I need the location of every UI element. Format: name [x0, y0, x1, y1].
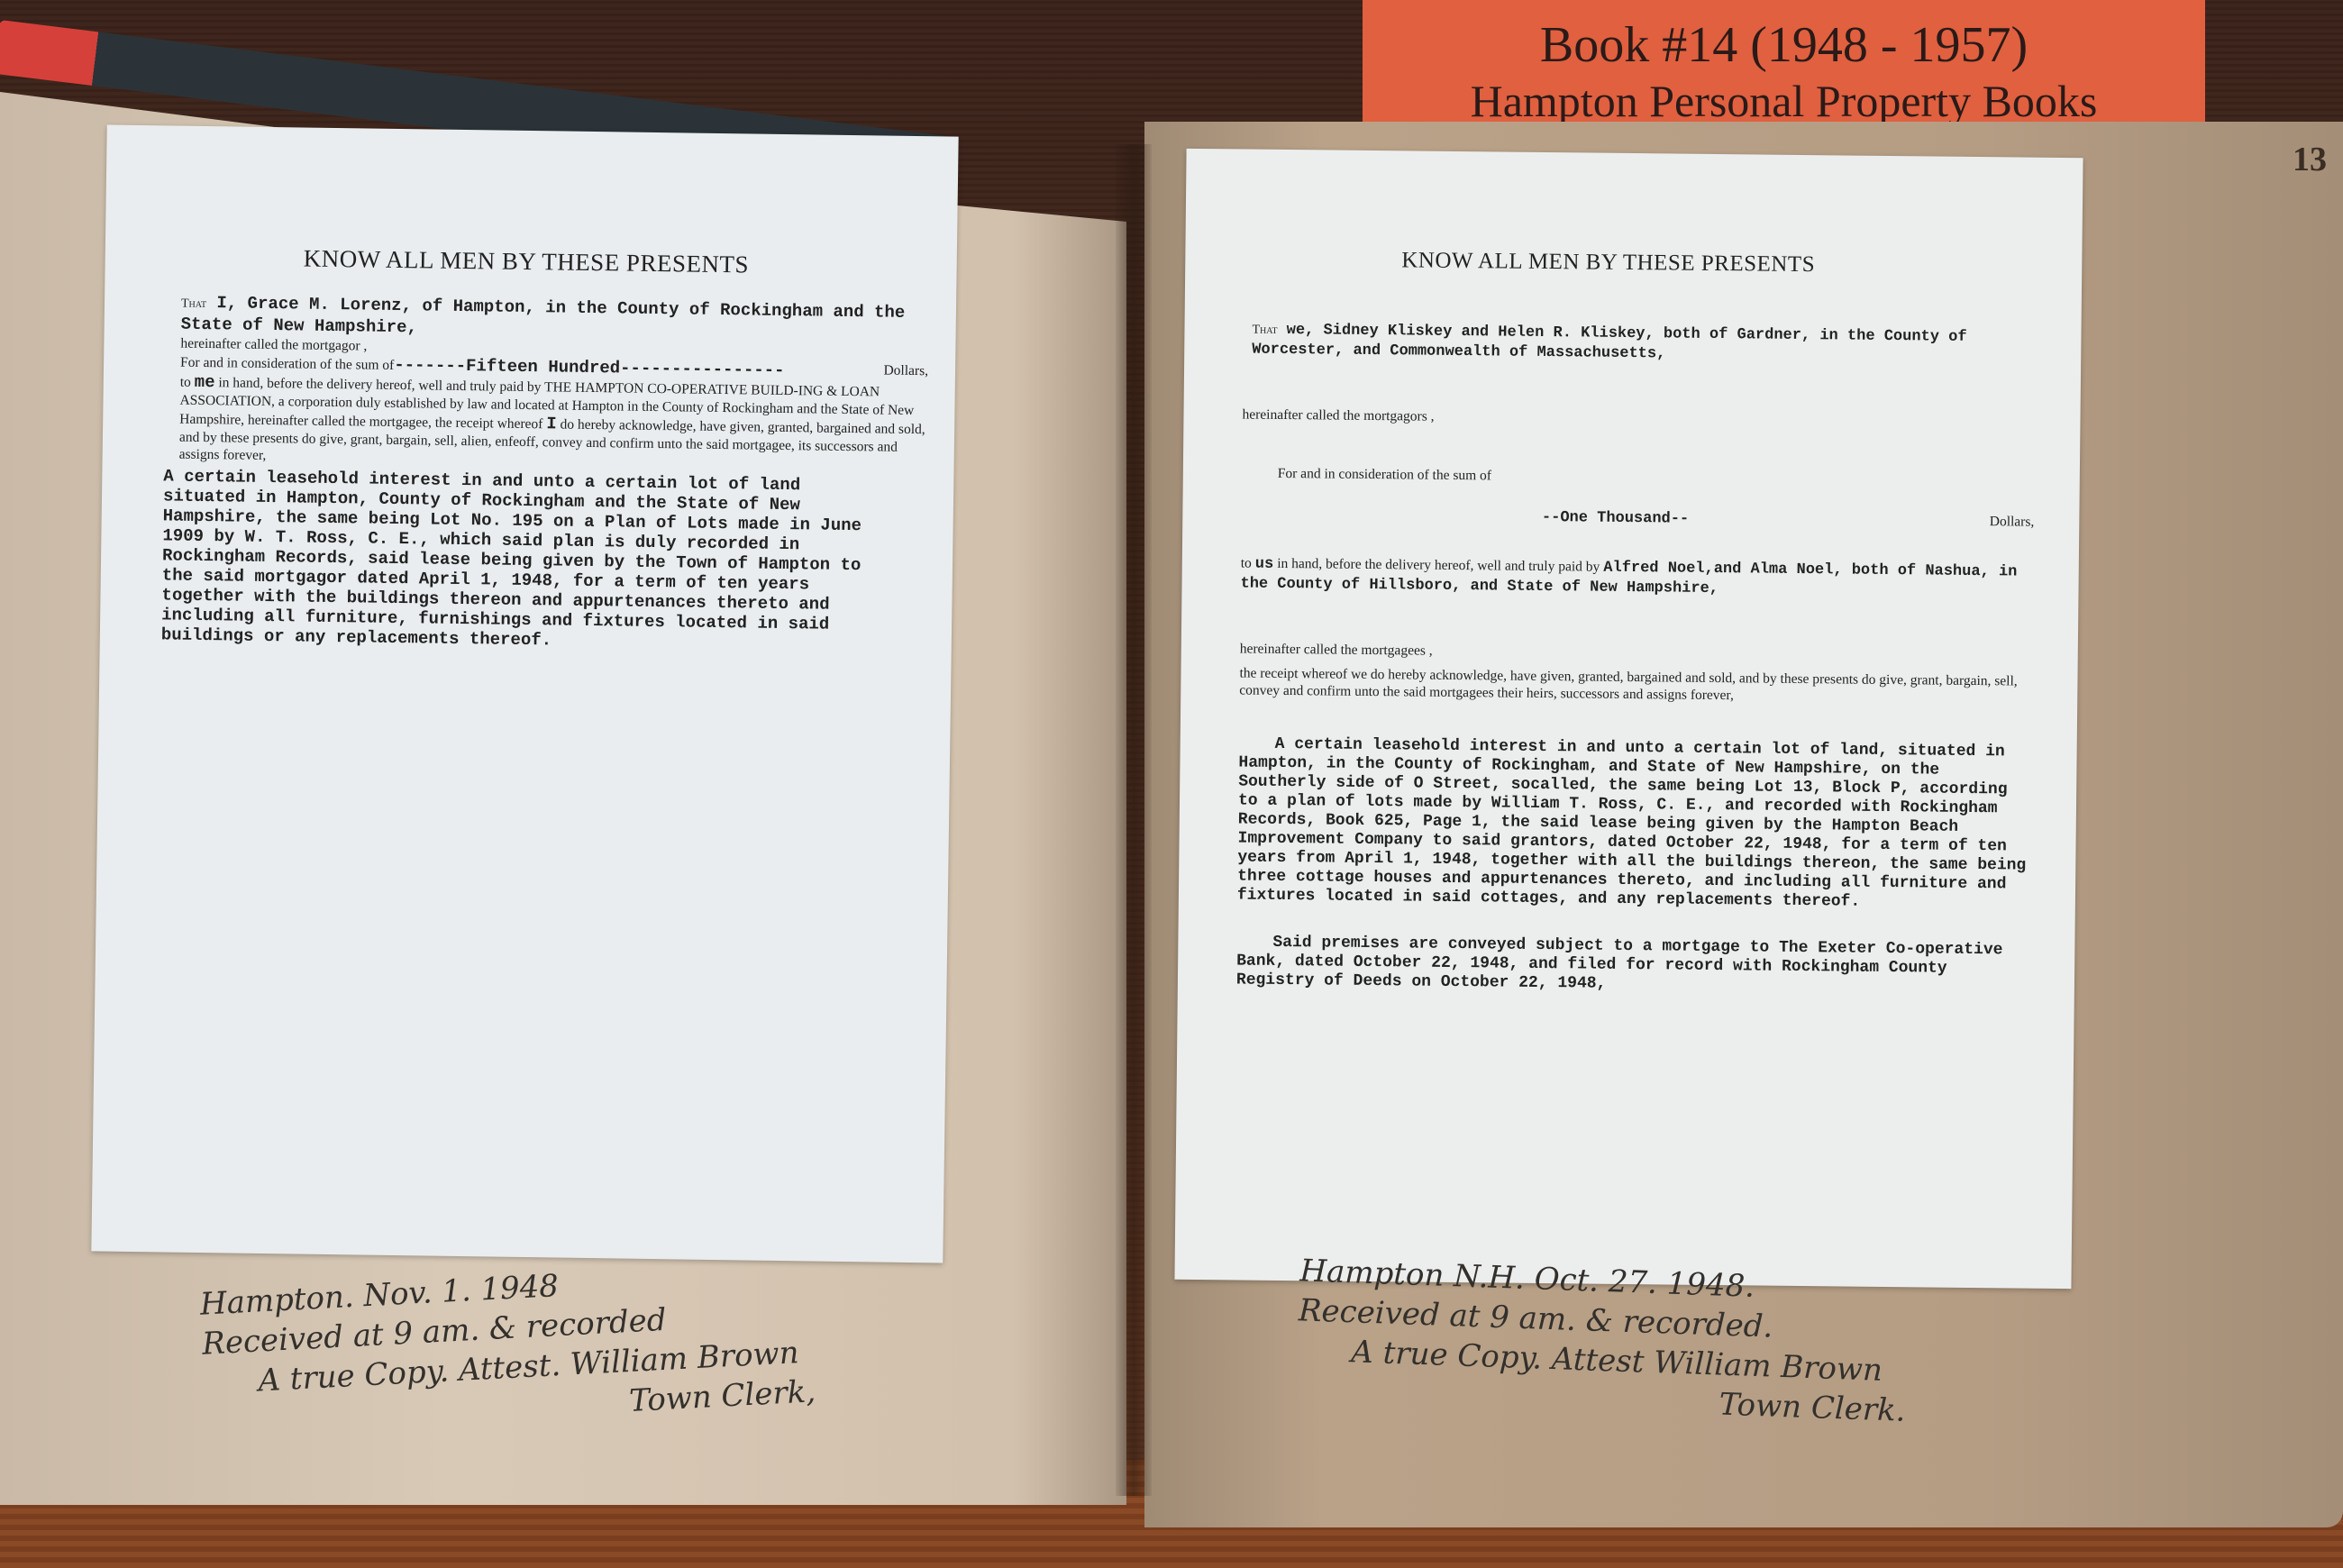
property-description: A certain leasehold interest in and unto… — [161, 466, 885, 654]
property-description: A certain leasehold interest in and unto… — [1237, 734, 2032, 913]
receipt-clause: the receipt whereof we do hereby acknowl… — [1239, 664, 2032, 707]
to-label: to — [180, 375, 191, 390]
book-gutter — [1116, 144, 1152, 1496]
book-label-title: Book #14 (1948 - 1957) — [1363, 16, 2205, 74]
to-whom: us — [1255, 556, 1274, 573]
grantor-clause: That we, Sidney Kliskey and Helen R. Kli… — [1252, 321, 2045, 369]
page-number: 13 — [2293, 140, 2327, 179]
left-handwritten-attestation: Hampton. Nov. 1. 1948 Received at 9 am. … — [199, 1253, 816, 1443]
right-handwritten-attestation: Hampton N.H. Oct. 27. 1948. Received at … — [1295, 1251, 1910, 1431]
dollars-label: Dollars, — [883, 362, 928, 383]
grantor-text: we, Sidney Kliskey and Helen R. Kliskey,… — [1252, 322, 1967, 362]
document-heading: KNOW ALL MEN BY THESE PRESENTS — [304, 245, 750, 279]
subject-to-mortgage: Said premises are conveyed subject to a … — [1236, 933, 2030, 998]
mortgagors-line: hereinafter called the mortgagors , — [1242, 406, 2035, 431]
paid-by-line: to us in hand, before the delivery hereo… — [1240, 554, 2033, 602]
to-label: to — [1241, 555, 1252, 570]
whereof-who: I — [546, 414, 557, 433]
book-label-subtitle: Hampton Personal Property Books — [1363, 74, 2205, 128]
grantor-text: I, Grace M. Lorenz, of Hampton, in the C… — [181, 293, 906, 337]
consideration-label: For and in consideration of the sum of — [1242, 464, 2071, 490]
document-heading: KNOW ALL MEN BY THESE PRESENTS — [1401, 248, 1815, 278]
right-mortgage-document: KNOW ALL MEN BY THESE PRESENTS That we, … — [1174, 149, 2083, 1289]
left-mortgage-document: KNOW ALL MEN BY THESE PRESENTS That I, G… — [91, 124, 958, 1263]
to-whom: me — [195, 372, 215, 392]
consideration-label: For and in consideration of the sum of — [180, 355, 394, 373]
paid-by-prefix: in hand, before the delivery hereof, wel… — [1277, 556, 1600, 575]
that-prefix: That — [1252, 324, 1277, 337]
amount-value: --One Thousand-- — [1542, 508, 1689, 530]
paid-by-line: to me in hand, before the delivery hereo… — [179, 372, 928, 474]
amount-line: --One Thousand-- Dollars, — [1241, 505, 2034, 533]
that-prefix: That — [181, 297, 206, 311]
dollars-label: Dollars, — [1990, 513, 2035, 533]
mortgagees-line: hereinafter called the mortgagees , — [1240, 640, 2033, 665]
consideration-clause: hereinafter called the mortgagor , For a… — [179, 335, 929, 474]
